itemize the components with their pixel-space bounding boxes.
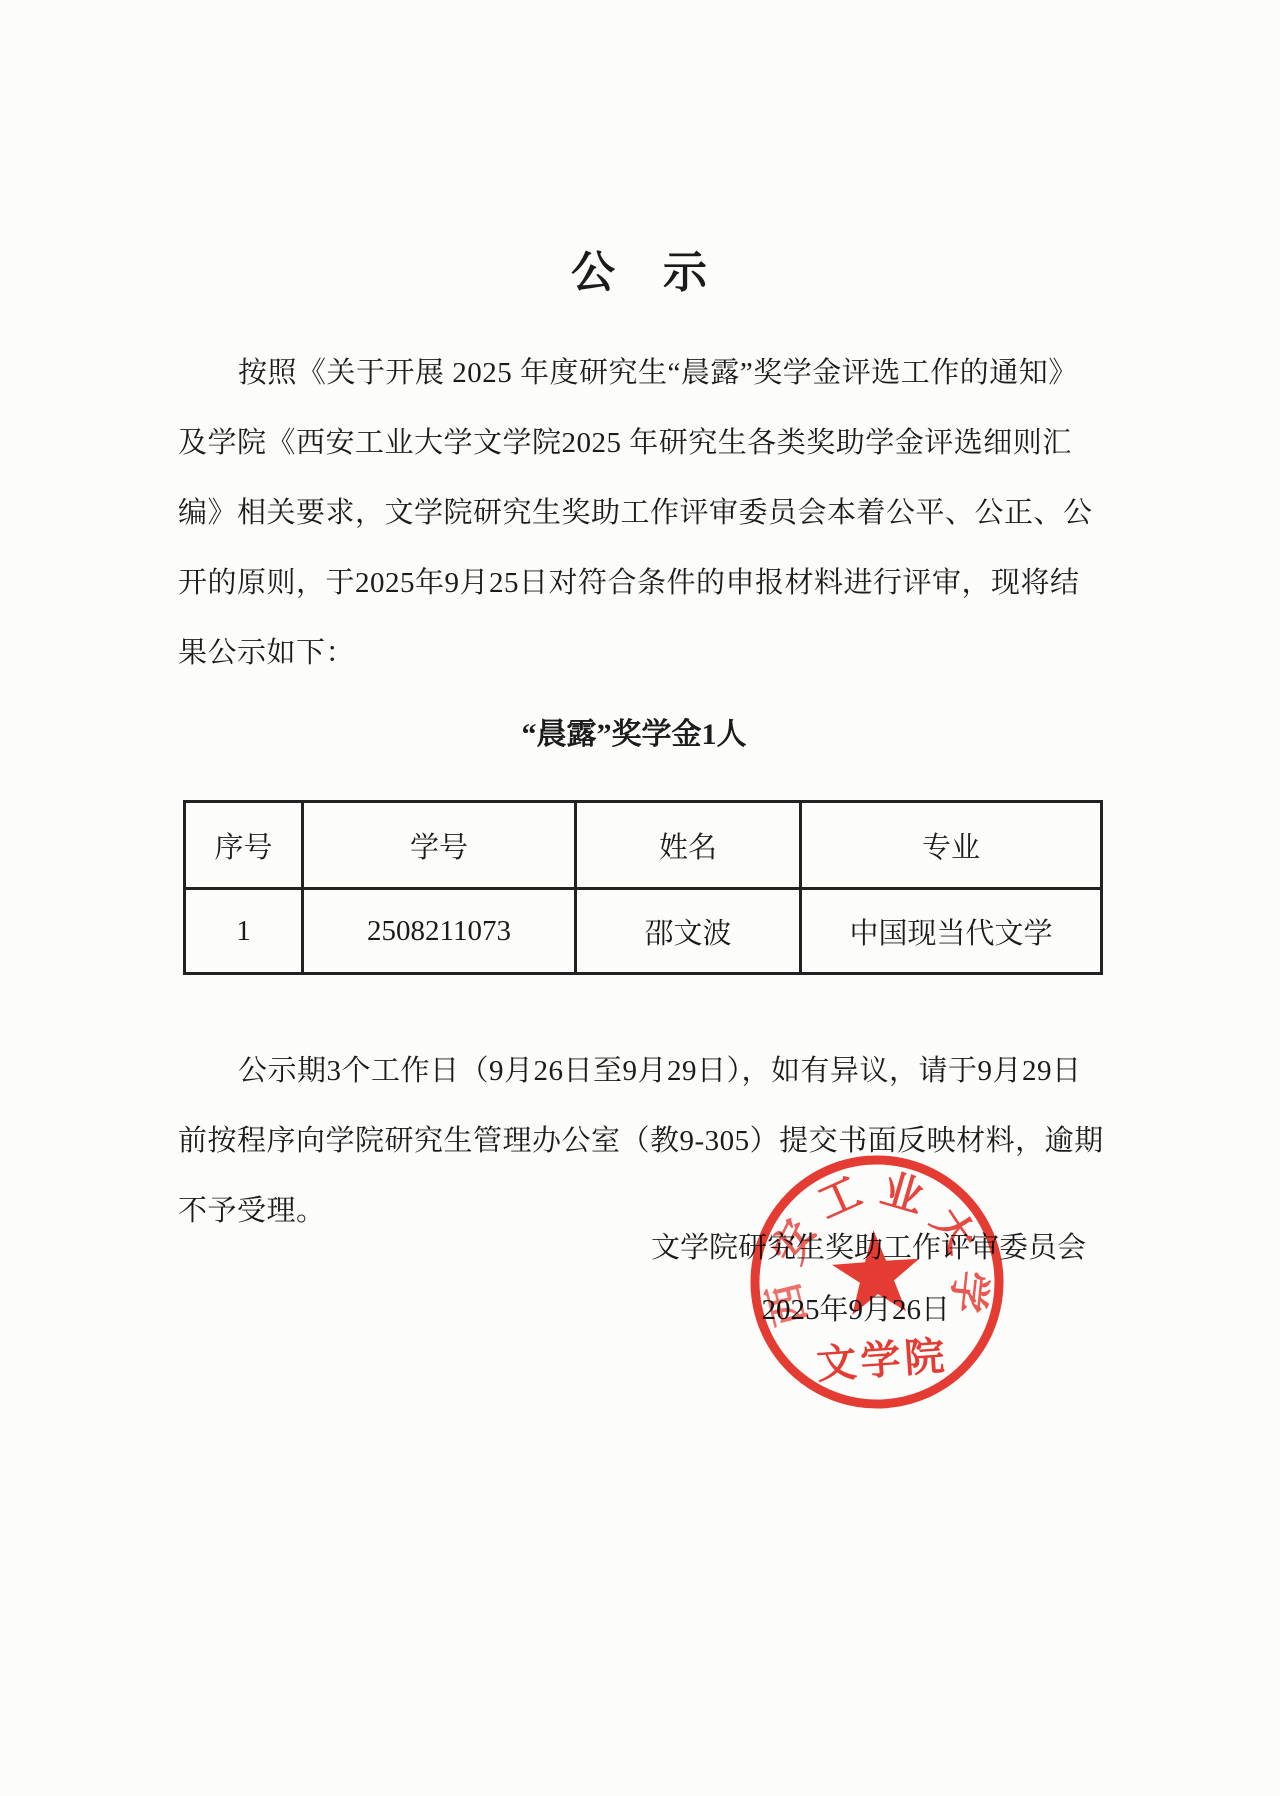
table-cell-index: 1 [185,889,303,974]
paragraph-line: 果公示如下： [178,618,1094,688]
table-cell-major: 中国现当代文学 [801,889,1102,974]
svg-text:西: 西 [761,1278,816,1330]
table-header-row: 序号 学号 姓名 专业 [185,802,1102,889]
scholarship-table: 序号 学号 姓名 专业 1 2508211073 邵文波 中国现当代文学 [183,800,1103,975]
paragraph-intro: 按照《关于开展 2025 年度研究生“晨露”奖学金评选工作的通知》 及学院《西安… [178,338,1094,688]
table-cell-student-id: 2508211073 [303,889,576,974]
section-heading: “晨露”奖学金1人 [178,700,1090,770]
table-cell-name: 邵文波 [576,889,801,974]
table-header-cell: 姓名 [576,802,801,889]
paragraph-line: 公示期3个工作日（9月26日至9月29日），如有异议，请于9月29日 [178,1036,1094,1106]
svg-text:业: 业 [876,1167,929,1223]
seal-star-icon [830,1227,923,1316]
document-page: 公 示 按照《关于开展 2025 年度研究生“晨露”奖学金评选工作的通知》 及学… [0,0,1280,1796]
table-header-cell: 序号 [185,802,303,889]
official-seal-stamp: 西安工业大学 文学院 [728,1133,1027,1432]
table-header-cell: 学号 [303,802,576,889]
table-row: 1 2508211073 邵文波 中国现当代文学 [185,889,1102,974]
paragraph-line: 开的原则，于2025年9月25日对符合条件的申报材料进行评审，现将结 [178,548,1094,618]
svg-text:学: 学 [942,1268,993,1315]
table-header-cell: 专业 [801,802,1102,889]
paragraph-line: 编》相关要求，文学院研究生奖助工作评审委员会本着公平、公正、公 [178,478,1094,548]
document-title: 公 示 [0,236,1280,300]
paragraph-line: 按照《关于开展 2025 年度研究生“晨露”奖学金评选工作的通知》 [178,338,1094,408]
paragraph-line: 及学院《西安工业大学文学院2025 年研究生各类奖助学金评选细则汇 [178,408,1094,478]
seal-inner-text: 文学院 [815,1333,950,1387]
